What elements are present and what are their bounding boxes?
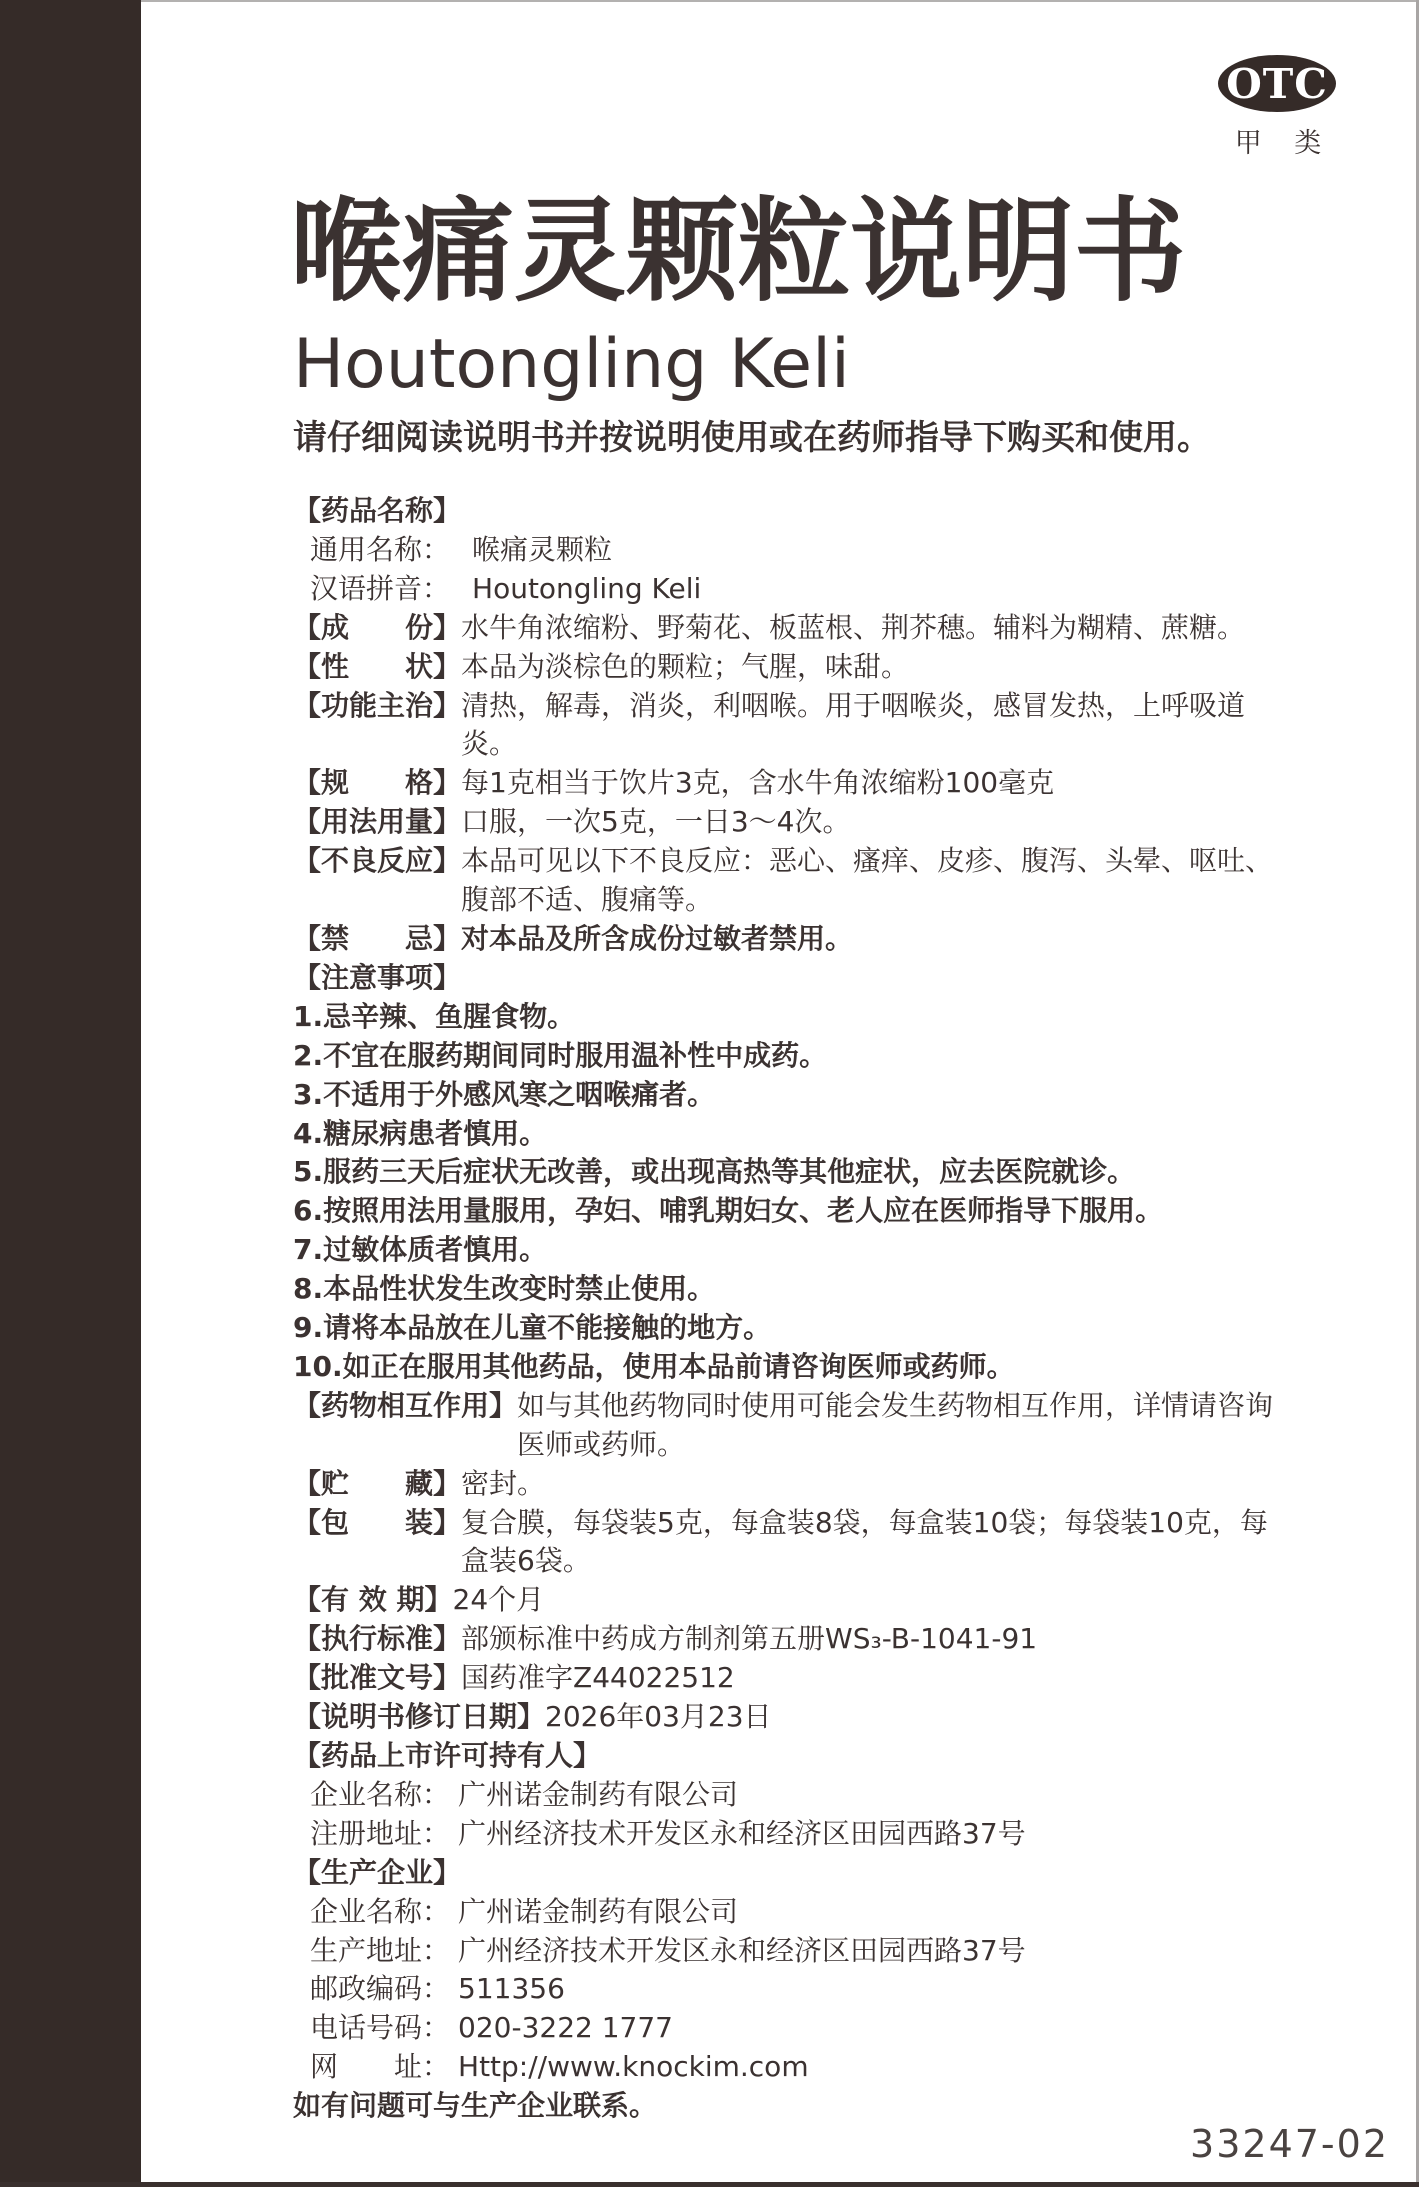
note-row: 5.服药三天后症状无改善，或出现高热等其他症状，应去医院就诊。 bbox=[293, 1153, 1289, 1192]
field-label: 【批准文号】 bbox=[293, 1659, 461, 1698]
field-row: 【包 装】复合膜，每袋装5克，每盒装8袋，每盒装10袋；每袋装10克，每盒装6袋… bbox=[293, 1504, 1289, 1582]
note-row: 1.忌辛辣、鱼腥食物。 bbox=[293, 998, 1289, 1037]
field-row: 【规 格】每1克相当于饮片3克，含水牛角浓缩粉100毫克 bbox=[293, 764, 1289, 803]
field-label: 【药物相互作用】 bbox=[293, 1387, 517, 1465]
field-row: 【性 状】本品为淡棕色的颗粒；气腥，味甜。 bbox=[293, 648, 1289, 687]
section-heading: 【注意事项】 bbox=[293, 961, 461, 994]
field-text: 24个月 bbox=[453, 1581, 1290, 1620]
field-text: 国药准字Z44022512 bbox=[461, 1659, 1289, 1698]
field-key: 生产地址： bbox=[310, 1932, 450, 1971]
otc-class-label: 甲 类 bbox=[1218, 121, 1338, 160]
note-row: 4.糖尿病患者慎用。 bbox=[293, 1115, 1289, 1154]
field-label: 【功能主治】 bbox=[293, 687, 461, 765]
kv-row: 电话号码：020-3222 1777 bbox=[293, 2009, 1289, 2048]
field-label: 【说明书修订日期】 bbox=[293, 1698, 545, 1737]
section-heading: 【药品上市许可持有人】 bbox=[293, 1739, 601, 1772]
field-label: 【贮 藏】 bbox=[293, 1465, 461, 1504]
kv-row: 通用名称：喉痛灵颗粒 bbox=[293, 531, 1289, 570]
field-key: 企业名称： bbox=[310, 1893, 450, 1932]
field-text: 本品为淡棕色的颗粒；气腥，味甜。 bbox=[461, 648, 1289, 687]
field-text: 清热，解毒，消炎，利咽喉。用于咽喉炎，感冒发热，上呼吸道炎。 bbox=[461, 687, 1289, 765]
field-label: 【执行标准】 bbox=[293, 1620, 461, 1659]
closing-note: 如有问题可与生产企业联系。 bbox=[293, 2087, 1289, 2126]
field-text: 如与其他药物同时使用可能会发生药物相互作用，详情请咨询医师或药师。 bbox=[517, 1387, 1289, 1465]
field-label: 【成 份】 bbox=[293, 609, 461, 648]
section-heading-row: 【注意事项】 bbox=[293, 959, 1289, 998]
note-row: 3.不适用于外感风寒之咽喉痛者。 bbox=[293, 1076, 1289, 1115]
section-heading-row: 【生产企业】 bbox=[293, 1854, 1289, 1893]
section-heading-row: 【药品名称】 bbox=[293, 492, 1289, 531]
page-title-pinyin: Houtongling Keli bbox=[293, 331, 850, 399]
field-row: 【贮 藏】密封。 bbox=[293, 1465, 1289, 1504]
field-label: 【包 装】 bbox=[293, 1504, 461, 1582]
field-label: 【有 效 期】 bbox=[293, 1581, 453, 1620]
field-key: 电话号码： bbox=[310, 2009, 450, 2048]
field-text: 本品可见以下不良反应：恶心、瘙痒、皮疹、腹泻、头晕、呕吐、腹部不适、腹痛等。 bbox=[461, 842, 1289, 920]
field-key: 汉语拼音： bbox=[310, 570, 450, 609]
field-text: 复合膜，每袋装5克，每盒装8袋，每盒装10袋；每袋装10克，每盒装6袋。 bbox=[461, 1504, 1289, 1582]
field-text: 2026年03月23日 bbox=[545, 1698, 1289, 1737]
field-key: 通用名称： bbox=[310, 531, 450, 570]
field-key: 企业名称： bbox=[310, 1776, 450, 1815]
field-key: 邮政编码： bbox=[310, 1970, 450, 2009]
note-row: 10.如正在服用其他药品，使用本品前请咨询医师或药师。 bbox=[293, 1348, 1289, 1387]
bottom-border-line bbox=[0, 2182, 1419, 2187]
note-row: 9.请将本品放在儿童不能接触的地方。 bbox=[293, 1309, 1289, 1348]
field-text: 每1克相当于饮片3克，含水牛角浓缩粉100毫克 bbox=[461, 764, 1289, 803]
otc-badge: OTC 甲 类 bbox=[1218, 55, 1338, 160]
kv-row: 网 址：Http://www.knockim.com bbox=[293, 2048, 1289, 2087]
field-row: 【执行标准】部颁标准中药成方制剂第五册WS₃-B-1041-91 bbox=[293, 1620, 1289, 1659]
field-text: 部颁标准中药成方制剂第五册WS₃-B-1041-91 bbox=[461, 1620, 1289, 1659]
field-label: 【性 状】 bbox=[293, 648, 461, 687]
field-text: 水牛角浓缩粉、野菊花、板蓝根、荆芥穗。辅料为糊精、蔗糖。 bbox=[461, 609, 1289, 648]
field-row: 【批准文号】国药准字Z44022512 bbox=[293, 1659, 1289, 1698]
field-row: 【药物相互作用】如与其他药物同时使用可能会发生药物相互作用，详情请咨询医师或药师… bbox=[293, 1387, 1289, 1465]
field-row: 【用法用量】口服，一次5克，一日3～4次。 bbox=[293, 803, 1289, 842]
otc-oval-logo: OTC bbox=[1218, 55, 1336, 112]
field-text: 口服，一次5克，一日3～4次。 bbox=[461, 803, 1289, 842]
note-row: 6.按照用法用量服用，孕妇、哺乳期妇女、老人应在医师指导下服用。 bbox=[293, 1192, 1289, 1231]
field-text: 对本品及所含成份过敏者禁用。 bbox=[461, 920, 1289, 959]
field-label: 【规 格】 bbox=[293, 764, 461, 803]
field-value: Houtongling Keli bbox=[472, 570, 701, 609]
field-value: Http://www.knockim.com bbox=[458, 2048, 809, 2087]
section-heading-row: 【药品上市许可持有人】 bbox=[293, 1737, 1289, 1776]
field-row: 【不良反应】本品可见以下不良反应：恶心、瘙痒、皮疹、腹泻、头晕、呕吐、腹部不适、… bbox=[293, 842, 1289, 920]
doc-code: 33247-02 bbox=[1190, 2122, 1389, 2166]
note-row: 8.本品性状发生改变时禁止使用。 bbox=[293, 1270, 1289, 1309]
kv-row: 邮政编码：511356 bbox=[293, 1970, 1289, 2009]
field-value: 广州诺金制药有限公司 bbox=[458, 1776, 738, 1815]
kv-row: 企业名称：广州诺金制药有限公司 bbox=[293, 1893, 1289, 1932]
note-row: 2.不宜在服药期间同时服用温补性中成药。 bbox=[293, 1037, 1289, 1076]
page-title: 喉痛灵颗粒说明书 bbox=[290, 196, 1186, 308]
kv-row: 注册地址：广州经济技术开发区永和经济区田园西路37号 bbox=[293, 1815, 1289, 1854]
field-value: 喉痛灵颗粒 bbox=[472, 531, 612, 570]
otc-logo-text: OTC bbox=[1226, 60, 1328, 108]
usage-notice: 请仔细阅读说明书并按说明使用或在药师指导下购买和使用。 bbox=[293, 410, 1211, 459]
kv-row: 汉语拼音：Houtongling Keli bbox=[293, 570, 1289, 609]
field-row: 【禁 忌】对本品及所含成份过敏者禁用。 bbox=[293, 920, 1289, 959]
package-insert-page: OTC 甲 类 喉痛灵颗粒说明书 Houtongling Keli 请仔细阅读说… bbox=[0, 0, 1419, 2187]
field-row: 【功能主治】清热，解毒，消炎，利咽喉。用于咽喉炎，感冒发热，上呼吸道炎。 bbox=[293, 687, 1289, 765]
note-row: 7.过敏体质者慎用。 bbox=[293, 1231, 1289, 1270]
kv-row: 企业名称：广州诺金制药有限公司 bbox=[293, 1776, 1289, 1815]
field-label: 【用法用量】 bbox=[293, 803, 461, 842]
field-row: 【成 份】水牛角浓缩粉、野菊花、板蓝根、荆芥穗。辅料为糊精、蔗糖。 bbox=[293, 609, 1289, 648]
field-label: 【禁 忌】 bbox=[293, 920, 461, 959]
field-value: 广州经济技术开发区永和经济区田园西路37号 bbox=[458, 1932, 1026, 1971]
field-row: 【有 效 期】24个月 bbox=[293, 1581, 1289, 1620]
top-border-line bbox=[141, 0, 1419, 2]
section-heading: 【生产企业】 bbox=[293, 1856, 461, 1889]
field-text: 密封。 bbox=[461, 1465, 1289, 1504]
field-key: 注册地址： bbox=[310, 1815, 450, 1854]
insert-body: 【药品名称】 通用名称：喉痛灵颗粒 汉语拼音：Houtongling Keli … bbox=[293, 492, 1289, 2126]
kv-row: 生产地址：广州经济技术开发区永和经济区田园西路37号 bbox=[293, 1932, 1289, 1971]
field-value: 511356 bbox=[458, 1970, 565, 2009]
field-key: 网 址： bbox=[310, 2048, 450, 2087]
field-value: 广州诺金制药有限公司 bbox=[458, 1893, 738, 1932]
left-accent-bar bbox=[0, 0, 141, 2187]
field-label: 【不良反应】 bbox=[293, 842, 461, 920]
field-value: 广州经济技术开发区永和经济区田园西路37号 bbox=[458, 1815, 1026, 1854]
section-heading: 【药品名称】 bbox=[293, 494, 461, 527]
field-value: 020-3222 1777 bbox=[458, 2009, 673, 2048]
field-row: 【说明书修订日期】2026年03月23日 bbox=[293, 1698, 1289, 1737]
